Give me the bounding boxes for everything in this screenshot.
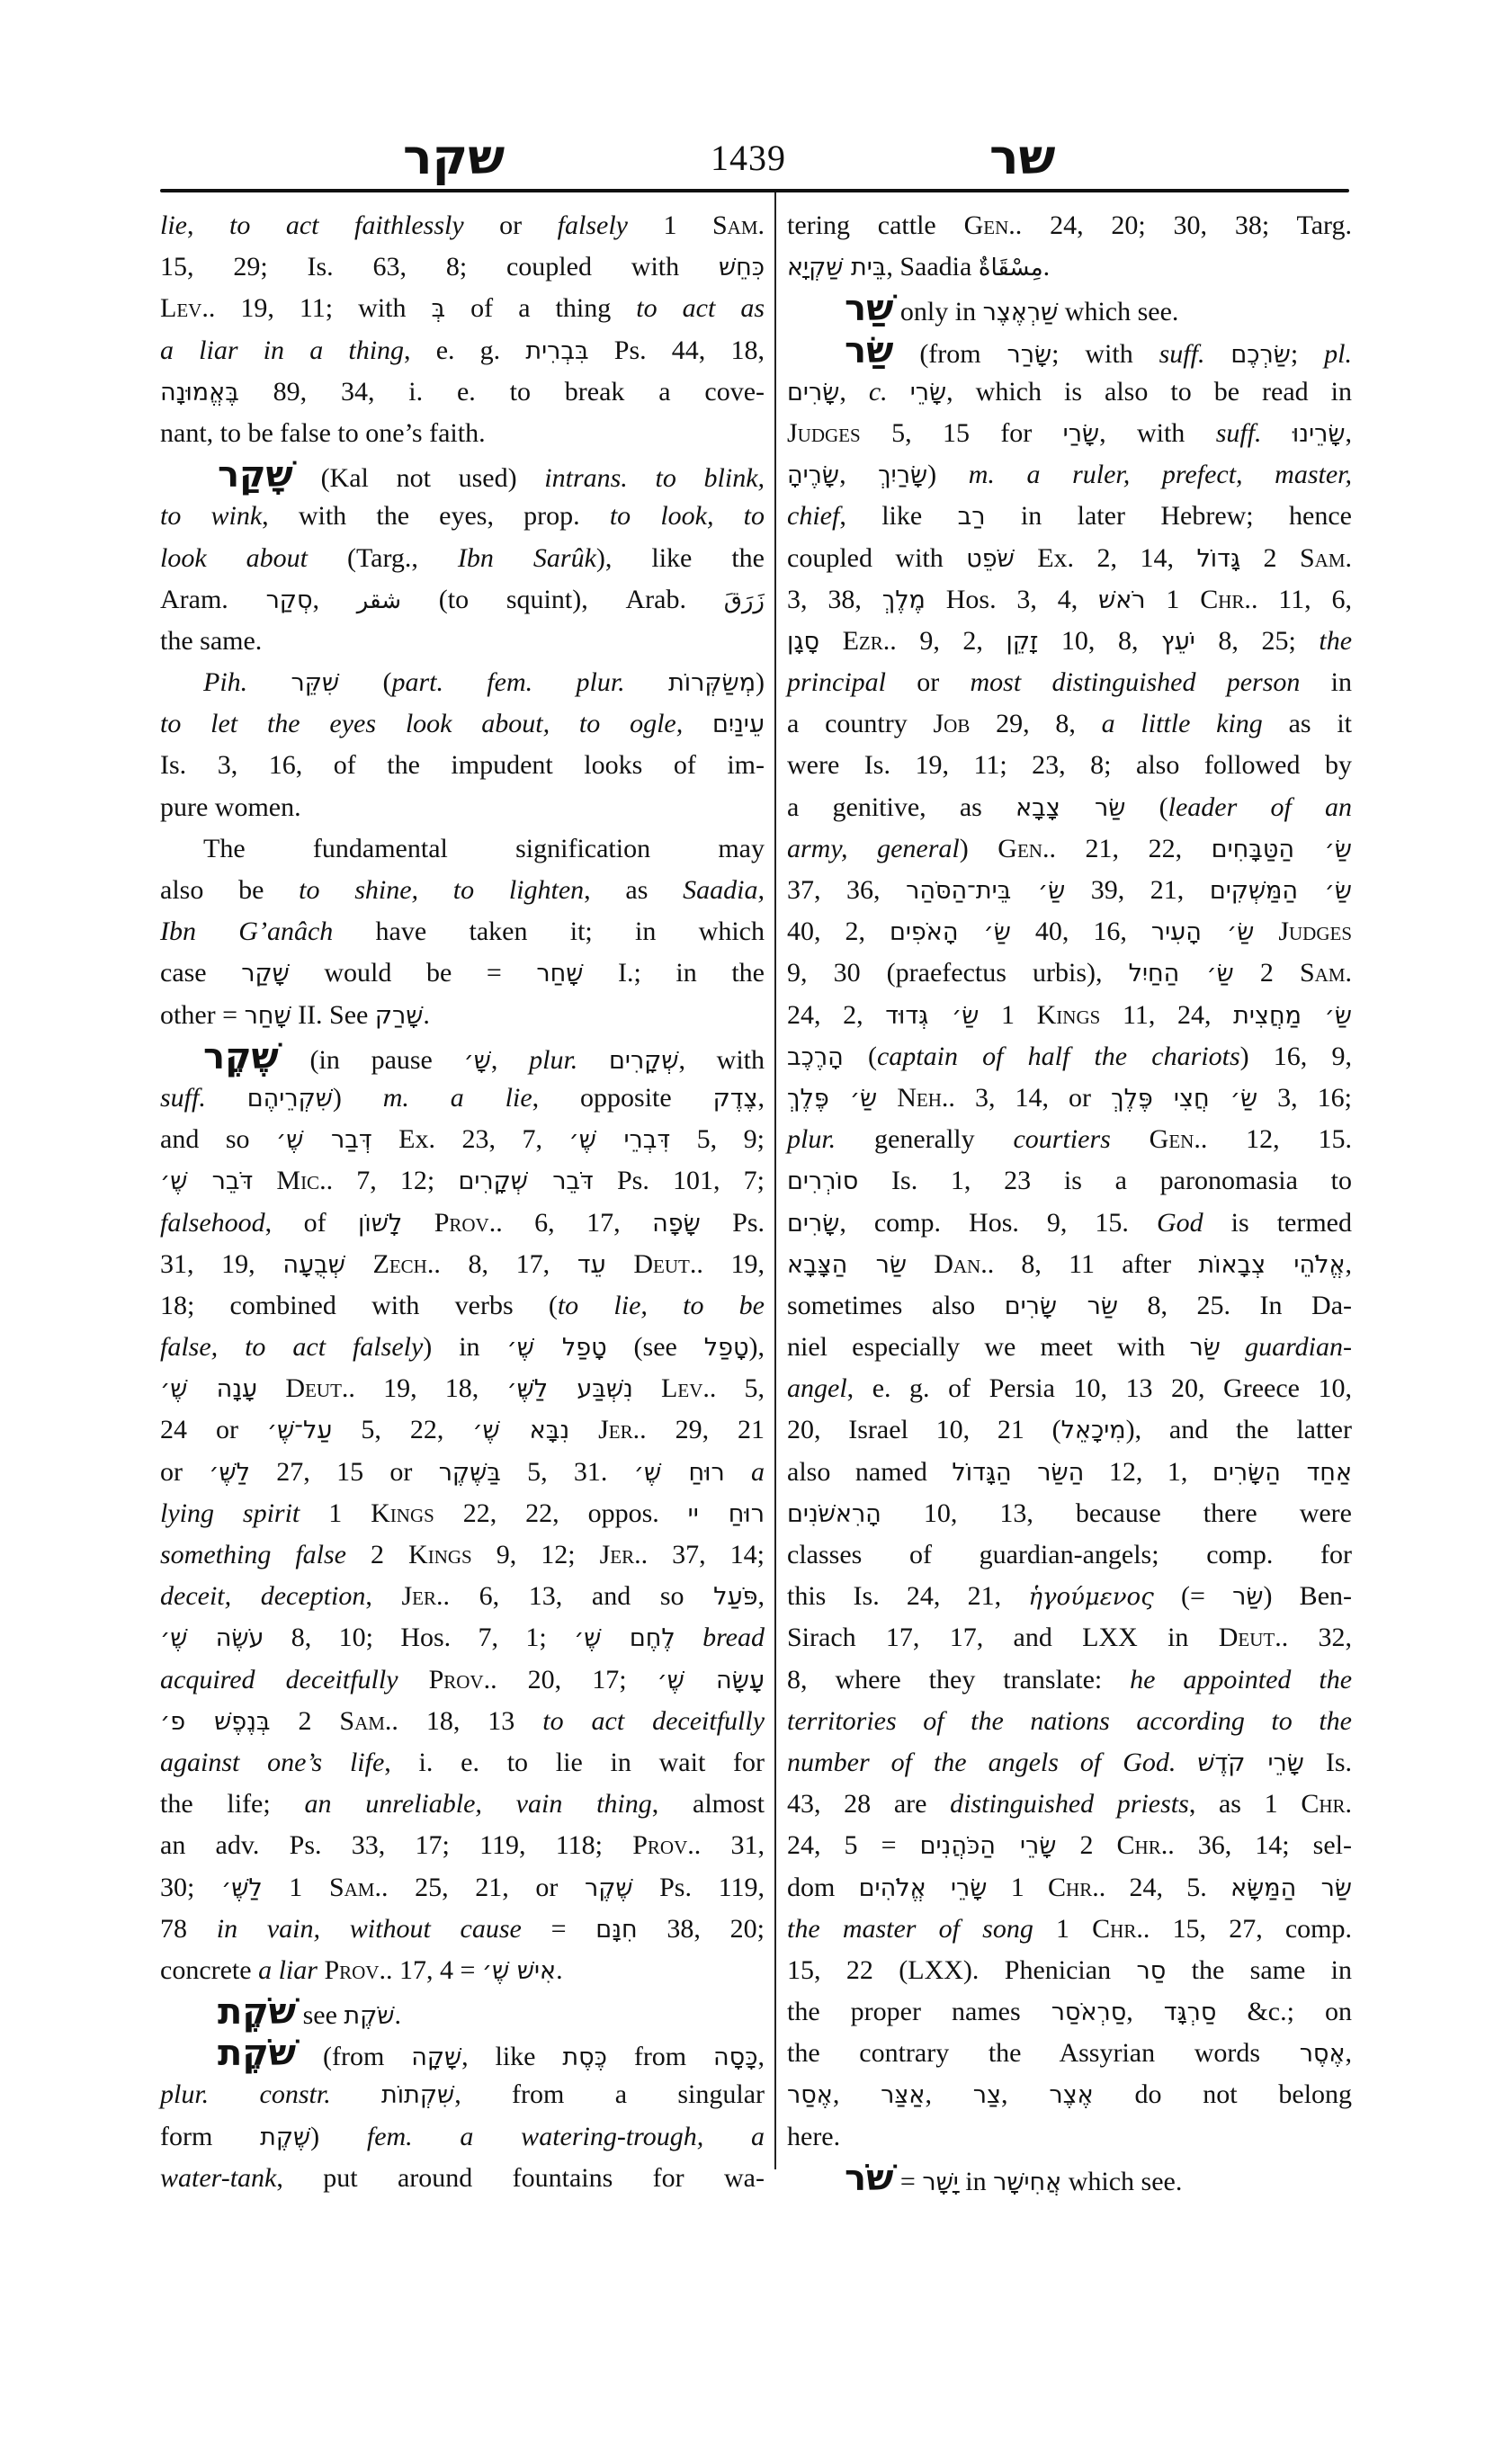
- text-line: principal or most distinguished person i…: [787, 662, 1352, 703]
- text-run: ,: [839, 460, 878, 489]
- left-guide-word: שקר: [403, 126, 505, 189]
- text-run: [633, 1373, 661, 1403]
- text-run: in: [1300, 667, 1352, 697]
- text-run: niel especially we meet with: [787, 1332, 1190, 1362]
- text-run: the life;: [160, 1789, 304, 1819]
- text-run: ) Ben-: [1263, 1581, 1352, 1611]
- text-run: pure women.: [160, 792, 301, 822]
- hebrew-text: שַׂ׳ פֶּלֶךְ: [787, 1085, 877, 1113]
- text-run: . 5,: [710, 1373, 765, 1403]
- book-abbreviation: Prov.: [429, 1665, 491, 1694]
- hebrew-text: יֹעֵץ: [1161, 628, 1195, 656]
- right-guide-word: שר: [989, 126, 1055, 189]
- text-run: 78: [160, 1914, 217, 1944]
- text-run: case: [160, 958, 241, 988]
- text-run: ) 16, 9,: [1240, 1042, 1352, 1071]
- text-line: הָרֶכֶב (captain of half the chariots) 1…: [787, 1036, 1352, 1077]
- text-run: . 9, 2,: [890, 626, 1006, 656]
- text-run: , e. g.: [404, 335, 525, 365]
- text-run: also named: [787, 1457, 952, 1487]
- hebrew-text: שַׂר הַצָּבָא: [787, 1251, 907, 1279]
- text-run: the same.: [160, 626, 262, 656]
- italic-gloss: Saadia,: [683, 875, 765, 905]
- hebrew-text: לַשֶּׁ׳: [209, 1459, 250, 1487]
- text-run: , of: [265, 1208, 358, 1238]
- italic-gloss: to act as: [636, 293, 765, 323]
- text-run: . 7, 12;: [327, 1166, 459, 1195]
- hebrew-text: לֶחֶם שֶׁ׳: [574, 1624, 675, 1652]
- hebrew-text: טָפַל שֶׁ׳: [507, 1334, 607, 1362]
- text-run: ,: [839, 377, 869, 407]
- italic-gloss: to act faithlessly: [194, 210, 464, 240]
- text-run: nant, to be false to one’s faith.: [160, 418, 486, 448]
- text-line: שָׂרִים, comp. Hos. 9, 15. God is termed: [787, 1203, 1352, 1244]
- italic-gloss: false, to act falsely: [160, 1332, 423, 1362]
- hebrew-text: שֹׁקֶת: [344, 2002, 394, 2030]
- hebrew-text: שַׂ׳ חֲצִי פֶּלֶךְ: [1111, 1085, 1257, 1113]
- text-run: ,: [1346, 418, 1353, 448]
- text-run: [247, 667, 291, 697]
- hebrew-text: עֵינַיִם: [712, 711, 765, 738]
- text-line: a genitive, as שַׂר צָבָא (leader of an: [787, 787, 1352, 828]
- text-run: [675, 1623, 702, 1652]
- text-run: (=: [1154, 1581, 1232, 1611]
- text-run: the same in: [1166, 1955, 1352, 1985]
- hebrew-text: זָקֵן: [1006, 628, 1038, 656]
- text-run: 27, 15 or: [250, 1457, 439, 1487]
- text-line: here.: [787, 2116, 1352, 2158]
- hebrew-text: הַשַּׂר הַגָּדוֹל: [952, 1459, 1084, 1487]
- text-run: 12, 1,: [1084, 1457, 1212, 1487]
- text-run: . 19, 11; with: [209, 293, 432, 323]
- text-run: ,: [491, 1045, 529, 1075]
- book-abbreviation: Deut.: [1219, 1623, 1282, 1652]
- book-abbreviation: Sam.: [339, 1706, 391, 1736]
- italic-gloss: a little king: [1102, 709, 1263, 738]
- italic-gloss: fem. a watering-trough, a: [367, 2122, 765, 2151]
- text-run: 8, where they translate:: [787, 1665, 1130, 1694]
- text-run: [253, 1166, 276, 1195]
- text-line: שֶׁקֶר (in pause שָׁ׳, plur. שְׁקָרִים, …: [160, 1036, 765, 1077]
- hebrew-text: אֶסַר: [787, 2081, 833, 2109]
- italic-gloss: to let the eyes look about, to ogle,: [160, 709, 712, 738]
- entry-headword: שֹׁקֶת: [218, 1991, 296, 2033]
- text-run: . 3, 14, or: [948, 1083, 1111, 1113]
- book-abbreviation: Kings: [408, 1540, 472, 1569]
- text-run: the contrary the Assyrian words: [787, 2038, 1300, 2068]
- text-run: 18; combined with verbs (: [160, 1291, 558, 1320]
- text-run: [1176, 1748, 1197, 1777]
- italic-gloss: angel: [787, 1373, 847, 1403]
- text-run: . 8, 11 after: [988, 1249, 1199, 1279]
- text-line: שָׂרֶיהָ, שָׂרַיִךְ) m. a ruler, prefect…: [787, 454, 1352, 496]
- text-run: an adv. Ps. 33, 17; 119, 118;: [160, 1830, 632, 1860]
- text-line: against one’s life, i. e. to lie in wait…: [160, 1742, 765, 1784]
- hebrew-text: שְׁבֻעָה: [282, 1251, 345, 1279]
- text-line: בֶּאֱמוּנָה 89, 34, i. e. to break a cov…: [160, 371, 765, 413]
- book-abbreviation: Sam.: [329, 1873, 381, 1902]
- hebrew-text: כֶּסֶת: [562, 2043, 607, 2071]
- hebrew-text: צַר: [973, 2081, 1001, 2109]
- text-run: 10, 13, because there were: [881, 1498, 1352, 1528]
- hebrew-text: שַׂ׳ הַמַּשְׁקִים: [1210, 877, 1352, 905]
- text-run: ,: [312, 585, 356, 614]
- text-run: 9, 12;: [472, 1540, 600, 1569]
- italic-gloss: against one’s life: [160, 1748, 384, 1777]
- text-run: . 21, 22,: [1049, 834, 1211, 863]
- hebrew-text: סַר: [1136, 1957, 1166, 1985]
- text-run: , as: [584, 875, 683, 905]
- text-run: 1: [979, 1000, 1036, 1030]
- text-run: , e. g. of Persia 10, 13 20, Greece 10,: [847, 1373, 1352, 1403]
- text-run: , i. e. to lie in wait for: [384, 1748, 765, 1777]
- text-run: [206, 1083, 247, 1113]
- hebrew-text: לַשֶּׁ׳: [221, 1874, 263, 1902]
- text-run: 29, 8,: [970, 709, 1101, 738]
- text-run: Ex. 23, 7,: [372, 1124, 569, 1154]
- italic-gloss: falsehood: [160, 1208, 265, 1238]
- text-line: acquired deceitfully Prov.. 20, 17; עָשָ…: [160, 1659, 765, 1701]
- text-run: were Is. 19, 11; 23, 8; also followed by: [787, 750, 1352, 780]
- text-run: 38, 20;: [638, 1914, 765, 1944]
- text-run: Hos. 3, 4,: [926, 585, 1098, 614]
- hebrew-text: שֶׁקֶר: [585, 1874, 633, 1902]
- text-run: form: [160, 2122, 260, 2151]
- text-run: The fundamental signification may: [203, 834, 765, 863]
- book-abbreviation: Chr.: [1301, 1789, 1352, 1819]
- text-line: דֹּבֵר שֶׁ׳ Mic.. 7, 12; דֹּבֵר שְׁקָרִי…: [160, 1160, 765, 1202]
- entry-headword: שַׁר: [845, 288, 893, 329]
- text-run: (Targ.,: [308, 543, 458, 573]
- italic-gloss: acquired deceitfully: [160, 1665, 398, 1694]
- text-line: 31, 19, שְׁבֻעָה Zech.. 8, 17, עֵד Deut.…: [160, 1244, 765, 1285]
- text-run: 5, 15 for: [861, 418, 1063, 448]
- text-run: , with the eyes, prop.: [262, 501, 610, 531]
- text-line: עָנָה שֶׁ׳ Deut.. 19, 18, נִשְׁבַּע לַשֶ…: [160, 1368, 765, 1409]
- text-line: 40, 2, שַׂ׳ הָאֹפִים 40, 16, שַׂ׳ הָעִיר…: [787, 911, 1352, 952]
- text-line: look about (Targ., Ibn Sarûk), like the: [160, 538, 765, 579]
- italic-gloss: he appointed the: [1130, 1665, 1352, 1694]
- book-abbreviation: Sam.: [1300, 543, 1352, 573]
- running-header: שקר 1439 שר: [160, 126, 1354, 189]
- text-run: concrete: [160, 1955, 258, 1985]
- text-run: [331, 2079, 381, 2109]
- text-line: 43, 28 are distinguished priests, as 1 C…: [787, 1784, 1352, 1825]
- hebrew-text: נִשְׁבַּע לַשֶּׁ׳: [506, 1375, 632, 1403]
- text-run: . 24, 20; 30, 38; Targ.: [1015, 210, 1352, 240]
- text-run: ): [333, 1083, 383, 1113]
- text-run: .: [1043, 252, 1051, 282]
- text-run: 1: [1146, 585, 1201, 614]
- text-run: , opposite: [532, 1083, 713, 1113]
- italic-gloss: an unreliable, vain thing: [304, 1789, 651, 1819]
- text-run: [569, 1415, 598, 1444]
- text-run: (: [844, 1042, 877, 1071]
- text-run: , with: [1099, 418, 1216, 448]
- text-run: classes of guardian-angels; comp. for: [787, 1540, 1352, 1569]
- hebrew-text: מְשַׂקְּרוֹת: [668, 669, 756, 697]
- text-run: ): [310, 2122, 367, 2151]
- text-line: deceit, deception, Jer.. 6, 13, and so פ…: [160, 1576, 765, 1617]
- text-run: which see.: [1061, 2167, 1182, 2196]
- book-abbreviation: Chr.: [1200, 585, 1251, 614]
- text-run: , Saadia: [886, 252, 978, 282]
- book-abbreviation: Jer.: [598, 1415, 640, 1444]
- hebrew-text: שֶׁקֶת: [260, 2124, 310, 2151]
- book-abbreviation: Job: [933, 709, 970, 738]
- text-run: 2: [1240, 543, 1300, 573]
- hebrew-text: עֹשֶׂה שֶׁ׳: [160, 1624, 264, 1652]
- text-run: . 18, 13: [391, 1706, 542, 1736]
- book-abbreviation: Dan.: [934, 1249, 988, 1279]
- hebrew-text: שַׂר שָׂרִים: [1005, 1292, 1118, 1320]
- book-abbreviation: Kings: [371, 1498, 434, 1528]
- italic-gloss: falsely: [558, 210, 628, 240]
- text-run: generally: [836, 1124, 1013, 1154]
- text-line: niel especially we meet with שַׂר guardi…: [787, 1327, 1352, 1368]
- italic-gloss: principal: [787, 667, 886, 697]
- text-line: number of the angels of God. שָׂרֵי קֹדֶ…: [787, 1742, 1352, 1784]
- text-run: see: [296, 2000, 344, 2030]
- book-abbreviation: Prov.: [434, 1208, 497, 1238]
- text-run: 1: [987, 1873, 1048, 1902]
- text-line: also named הַשַּׂר הַגָּדוֹל 12, 1, אַחַ…: [787, 1452, 1352, 1493]
- hebrew-text: בֵּית שַׁקְיָא: [787, 254, 886, 282]
- italic-gloss: bread: [702, 1623, 765, 1652]
- text-line: something false 2 Kings 9, 12; Jer.. 37,…: [160, 1534, 765, 1576]
- text-line: water-tank, put around fountains for wa-: [160, 2158, 765, 2199]
- hebrew-text: שָׁחַר: [536, 960, 583, 988]
- book-abbreviation: Kings: [1037, 1000, 1101, 1030]
- text-line: The fundamental signification may: [160, 828, 765, 870]
- hebrew-text: פֹּעַל: [713, 1583, 757, 1611]
- hebrew-text: בְּ: [432, 295, 446, 323]
- text-run: Ps. 44, 18,: [589, 335, 765, 365]
- text-run: ;: [1291, 339, 1324, 369]
- italic-gloss: to shine, to lighten: [299, 875, 584, 905]
- text-run: 2: [1234, 958, 1300, 988]
- hebrew-text: אֶסֶר: [1300, 2040, 1346, 2068]
- text-run: have taken it; in which: [333, 917, 765, 946]
- text-line: Sirach 17, 17, and LXX in Deut.. 32,: [787, 1617, 1352, 1659]
- italic-gloss: in vain, without cause: [217, 1914, 522, 1944]
- book-abbreviation: Gen.: [998, 834, 1049, 863]
- hebrew-text: שַׂר צָבָא: [1015, 794, 1125, 822]
- italic-gloss: deceit, deception: [160, 1581, 365, 1611]
- text-run: 1: [1033, 1914, 1092, 1944]
- text-run: [725, 1457, 751, 1487]
- text-line: 24 or עַל־שֶׁ׳ 5, 22, נִבָּא שֶׁ׳ Jer.. …: [160, 1409, 765, 1451]
- hebrew-text: שַׁרְאֶצֶר: [983, 299, 1059, 326]
- text-run: (to squint), Arab.: [401, 585, 724, 614]
- text-run: ,: [925, 2079, 972, 2109]
- hebrew-text: שָׂרֵי קֹדֶשׁ: [1197, 1749, 1304, 1777]
- text-run: do not belong: [1094, 2079, 1352, 2109]
- text-line: 9, 30 (praefectus urbis), שַׂ׳ הַחַיִל 2…: [787, 952, 1352, 994]
- text-run: 39, 21,: [1065, 875, 1210, 905]
- text-run: or: [160, 1457, 209, 1487]
- hebrew-text: בֶּאֱמוּנָה: [160, 379, 239, 407]
- italic-gloss: a liar: [258, 1955, 318, 1985]
- text-line: plur. constr. שִׁקְתוֹת, from a singular: [160, 2074, 765, 2115]
- text-line: the master of song 1 Chr.. 15, 27, comp.: [787, 1909, 1352, 1950]
- hebrew-text: הָרֶכֶב: [787, 1043, 844, 1071]
- text-line: and so דְּבַר שֶׁ׳ Ex. 23, 7, דִּבְרֵי ש…: [160, 1119, 765, 1160]
- text-run: , with: [678, 1045, 765, 1075]
- hebrew-text: סַרְאֹסַר: [1051, 1998, 1127, 2026]
- hebrew-text: לָשׁוֹן: [358, 1210, 402, 1238]
- hebrew-text: אַצַּר: [881, 2081, 925, 2109]
- italic-gloss: water-tank: [160, 2163, 276, 2193]
- hebrew-text: רוּחַ שֶׁ׳: [634, 1459, 725, 1487]
- italic-gloss: suff.: [160, 1083, 206, 1113]
- text-run: , as 1: [1189, 1789, 1302, 1819]
- text-run: ,: [758, 1581, 765, 1611]
- text-run: ) in: [423, 1332, 506, 1362]
- text-line: concrete a liar Prov.. 17, 4 = אִישׁ שֶׁ…: [160, 1950, 765, 1991]
- greek-text: ἡγούμενος: [1028, 1584, 1153, 1611]
- text-line: 18; combined with verbs (to lie, to be: [160, 1285, 765, 1327]
- italic-gloss: to look, to: [610, 501, 765, 531]
- text-run: a country: [787, 709, 933, 738]
- text-run: [1254, 917, 1278, 946]
- text-line: 78 in vain, without cause = חִנָּם 38, 2…: [160, 1909, 765, 1950]
- text-run: =: [893, 2167, 922, 2196]
- hebrew-text: כִּחֵשׁ: [719, 254, 765, 282]
- arabic-text: شقر: [357, 587, 401, 614]
- italic-gloss: plur.: [529, 1045, 577, 1075]
- text-line: to let the eyes look about, to ogle, עֵי…: [160, 703, 765, 745]
- text-line: שַׂ׳ פֶּלֶךְ Neh.. 3, 14, or שַׂ׳ חֲצִי …: [787, 1077, 1352, 1119]
- text-run: . 8, 17,: [434, 1249, 577, 1279]
- hebrew-text: שָׂרַי: [1063, 420, 1099, 448]
- italic-gloss: most distinguished person: [971, 667, 1301, 697]
- hebrew-text: יָשָׁר: [922, 2168, 958, 2196]
- right-column: tering cattle Gen.. 24, 20; 30, 38; Targ…: [787, 205, 1352, 2199]
- text-line: false, to act falsely) in טָפַל שֶׁ׳ (se…: [160, 1327, 765, 1368]
- text-run: ,: [1346, 1249, 1353, 1279]
- hebrew-text: שָׁ׳: [464, 1047, 491, 1075]
- italic-gloss: plur. constr.: [160, 2079, 331, 2109]
- hebrew-text: אֱלֹהֵי צְבָאוֹת: [1198, 1251, 1345, 1279]
- text-run: ),: [749, 1332, 765, 1362]
- text-run: Is.: [1304, 1748, 1352, 1777]
- text-run: . 32,: [1282, 1623, 1352, 1652]
- text-run: 15, 29; Is. 63, 8; coupled with: [160, 252, 719, 282]
- text-run: 5, 9;: [670, 1124, 765, 1154]
- text-line: form שֶׁקֶת) fem. a watering-trough, a: [160, 2116, 765, 2158]
- text-run: ,: [187, 210, 194, 240]
- book-abbreviation: Chr.: [1092, 1914, 1143, 1944]
- header-rule: [160, 189, 1349, 192]
- text-line: a liar in a thing, e. g. בִּבְרִית Ps. 4…: [160, 330, 765, 371]
- italic-gloss: Ibn Sarûk: [458, 543, 596, 573]
- italic-gloss: suff.: [1159, 339, 1205, 369]
- hebrew-text: דְּבַר שֶׁ׳: [276, 1126, 372, 1154]
- italic-gloss: army, general: [787, 834, 960, 863]
- text-run: Is. 3, 16, of the impudent looks of im-: [160, 750, 765, 780]
- hebrew-text: שַׂ׳ בֵּית־הַסֹּהַר: [906, 877, 1065, 905]
- text-line: lying spirit 1 Kings 22, 22, oppos. רוּח…: [160, 1493, 765, 1534]
- italic-gloss: captain of half the chariots: [877, 1042, 1240, 1071]
- text-run: which see.: [1058, 297, 1178, 326]
- text-run: [577, 1045, 609, 1075]
- text-run: ): [927, 460, 969, 489]
- text-run: ,: [1346, 2038, 1353, 2068]
- text-line: other = שָׁחַר II. See שָׁרַק.: [160, 995, 765, 1036]
- text-run: ): [960, 834, 998, 863]
- italic-gloss: number of the angels of God.: [787, 1748, 1176, 1777]
- text-run: . 19, 18,: [348, 1373, 506, 1403]
- entry-headword: שֹׁקֶת: [218, 2033, 296, 2074]
- text-run: coupled with: [787, 543, 966, 573]
- text-line: classes of guardian-angels; comp. for: [787, 1534, 1352, 1576]
- text-run: . 29, 21: [640, 1415, 765, 1444]
- text-run: 24 or: [160, 1415, 267, 1444]
- text-run: (Kal not used): [293, 463, 544, 493]
- text-run: 40, 16,: [1011, 917, 1151, 946]
- hebrew-text: סַרְגָּד: [1164, 1998, 1217, 2026]
- text-run: Aram.: [160, 585, 266, 614]
- text-run: ,: [365, 1581, 401, 1611]
- italic-gloss: Ibn G’anâch: [160, 917, 333, 946]
- italic-gloss: look about: [160, 543, 308, 573]
- text-run: 8, 10; Hos. 7, 1;: [264, 1623, 574, 1652]
- text-line: or לַשֶּׁ׳ 27, 15 or בַּשֶּׁקֶר 5, 31. ר…: [160, 1452, 765, 1493]
- text-run: ,: [757, 2042, 765, 2071]
- text-run: sometimes also: [787, 1291, 1005, 1320]
- text-run: 9, 30 (praefectus urbis),: [787, 958, 1129, 988]
- text-line: שַׂר הַצָּבָא Dan.. 8, 11 after אֱלֹהֵי …: [787, 1244, 1352, 1285]
- text-run: ): [756, 667, 765, 697]
- italic-gloss: suff.: [1216, 418, 1262, 448]
- text-line: 15, 29; Is. 63, 8; coupled with כִּחֵשׁ: [160, 246, 765, 288]
- hebrew-text: שָׁחַר: [245, 1002, 291, 1030]
- hebrew-text: שָׂרִים: [787, 1210, 839, 1238]
- hebrew-text: רֹאשׁ: [1098, 586, 1145, 614]
- text-line: angel, e. g. of Persia 10, 13 20, Greece…: [787, 1368, 1352, 1409]
- text-run: . 17, 4 =: [386, 1955, 482, 1985]
- hebrew-text: דֹּבֵר שְׁקָרִים: [458, 1167, 593, 1195]
- text-line: the contrary the Assyrian words אֶסֶר,: [787, 2033, 1352, 2074]
- text-line: Judges 5, 15 for שָׂרַי, with suff. שָׂר…: [787, 413, 1352, 454]
- book-abbreviation: Sam.: [1300, 958, 1352, 988]
- italic-gloss: part. fem. plur.: [391, 667, 624, 697]
- text-run: would be =: [290, 958, 537, 988]
- text-line: Lev.. 19, 11; with בְּ of a thing to act…: [160, 288, 765, 329]
- hebrew-text: עָשָׂה שֶׁ׳: [658, 1667, 765, 1694]
- hebrew-text: עֵד: [577, 1251, 606, 1279]
- text-run: 40, 2,: [787, 917, 890, 946]
- book-abbreviation: Prov.: [324, 1955, 386, 1985]
- text-run: here.: [787, 2122, 840, 2151]
- book-abbreviation: Chr.: [1048, 1873, 1099, 1902]
- text-run: [1204, 339, 1230, 369]
- text-line: an adv. Ps. 33, 17; 119, 118; Prov.. 31,: [160, 1825, 765, 1866]
- text-run: [345, 1249, 373, 1279]
- italic-gloss: Pih.: [203, 667, 247, 697]
- text-run: is termed: [1203, 1208, 1352, 1238]
- text-run: 3, 16;: [1257, 1083, 1352, 1113]
- text-line: case שָׁקַר would be = שָׁחַר I.; in the: [160, 952, 765, 994]
- hebrew-text: מֶלֶךְ: [882, 586, 926, 614]
- text-run: I.; in the: [583, 958, 765, 988]
- book-abbreviation: Mic.: [276, 1166, 326, 1195]
- book-abbreviation: Gen.: [964, 210, 1015, 240]
- text-line: 37, 36, שַׂ׳ בֵּית־הַסֹּהַר 39, 21, שַׂ׳…: [787, 870, 1352, 911]
- hebrew-text: גָּדוֹל: [1196, 545, 1240, 573]
- text-run: (in pause: [279, 1045, 464, 1075]
